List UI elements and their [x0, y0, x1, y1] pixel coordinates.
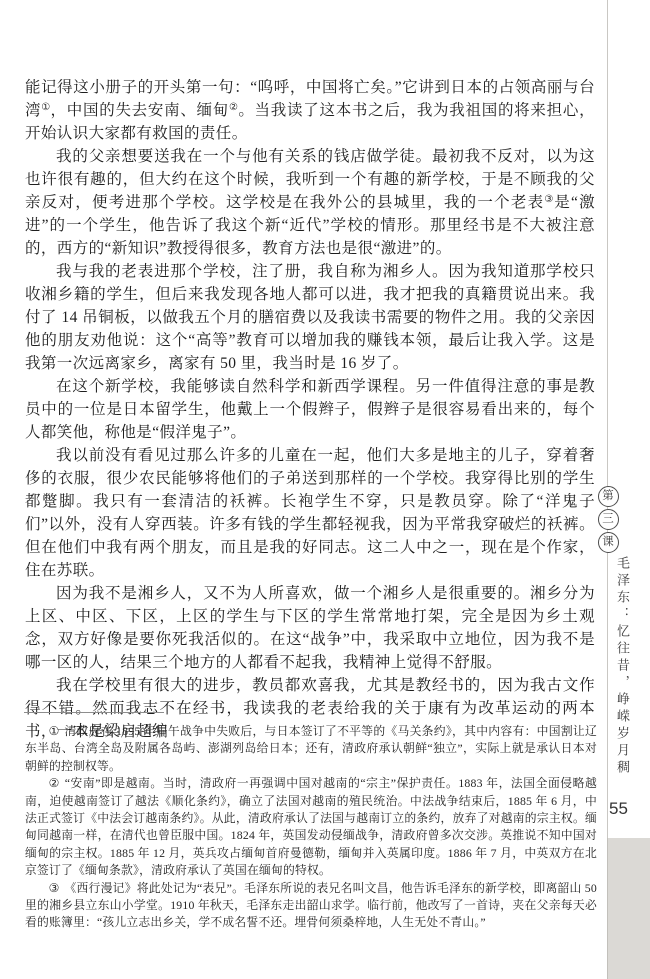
book-page: 能记得这小册子的开头第一句：“呜呼，中国将亡矣。”它讲到日本的占领高丽与台湾①，… [0, 0, 650, 979]
chapter-vertical-title: 毛泽东：忆往昔，峥嵘岁月稠 [612, 556, 631, 786]
lesson-badge-char: 课 [598, 532, 619, 553]
footnote-text: 清政府在 1895 年甲午战争中失败后，与日本签订了不平等的《马关条约》，其中内… [25, 724, 597, 773]
page-number: 55 [609, 799, 643, 819]
lesson-badge-char: 第 [598, 486, 619, 507]
footnote: ②“安南”即是越南。当时，清政府一再强调中国对越南的“宗主”保护责任。1883 … [25, 775, 597, 879]
body-paragraph: 我与我的老表进那个学校，注了册，我自称为湘乡人。因为我知道那学校只收湘乡籍的学生… [25, 260, 595, 375]
lesson-badge-char: 三 [598, 509, 619, 530]
body-text: 能记得这小册子的开头第一句：“呜呼，中国将亡矣。”它讲到日本的占领高丽与台湾①，… [25, 76, 595, 743]
lesson-badge: 第 三 课 [597, 486, 619, 555]
body-paragraph: 我以前没有看见过那么许多的儿童在一起，他们大多是地主的儿子，穿着奢侈的衣服，很少… [25, 444, 595, 582]
footnote-text: “安南”即是越南。当时，清政府一再强调中国对越南的“宗主”保护责任。1883 年… [25, 776, 597, 877]
footnote-marker: ② [49, 776, 60, 790]
page-corner-tab [607, 838, 650, 979]
footnote: ③《西行漫记》将此处记为“表兄”。毛泽东所说的表兄名叫文昌，他告诉毛泽东的新学校… [25, 880, 597, 932]
footnote-text: 《西行漫记》将此处记为“表兄”。毛泽东所说的表兄名叫文昌，他告诉毛泽东的新学校，… [25, 881, 597, 930]
footnote-marker: ③ [49, 881, 60, 895]
body-paragraph: 在这个新学校，我能够读自然科学和新西学课程。另一件值得注意的事是教员中的一位是日… [25, 375, 595, 444]
footnote-separator [24, 712, 164, 713]
body-paragraph: 能记得这小册子的开头第一句：“呜呼，中国将亡矣。”它讲到日本的占领高丽与台湾①，… [25, 76, 595, 145]
footnote: ①清政府在 1895 年甲午战争中失败后，与日本签订了不平等的《马关条约》，其中… [25, 723, 597, 775]
sidebar-rule [607, 0, 608, 838]
body-paragraph: 我的父亲想要送我在一个与他有关系的钱店做学徒。最初我不反对，以为这也许很有趣的，… [25, 145, 595, 260]
footnotes: ①清政府在 1895 年甲午战争中失败后，与日本签订了不平等的《马关条约》，其中… [25, 723, 597, 932]
footnote-marker: ① [49, 724, 60, 738]
body-paragraph: 因为我不是湘乡人，又不为人所喜欢，做一个湘乡人是很重要的。湘乡分为上区、中区、下… [25, 582, 595, 674]
